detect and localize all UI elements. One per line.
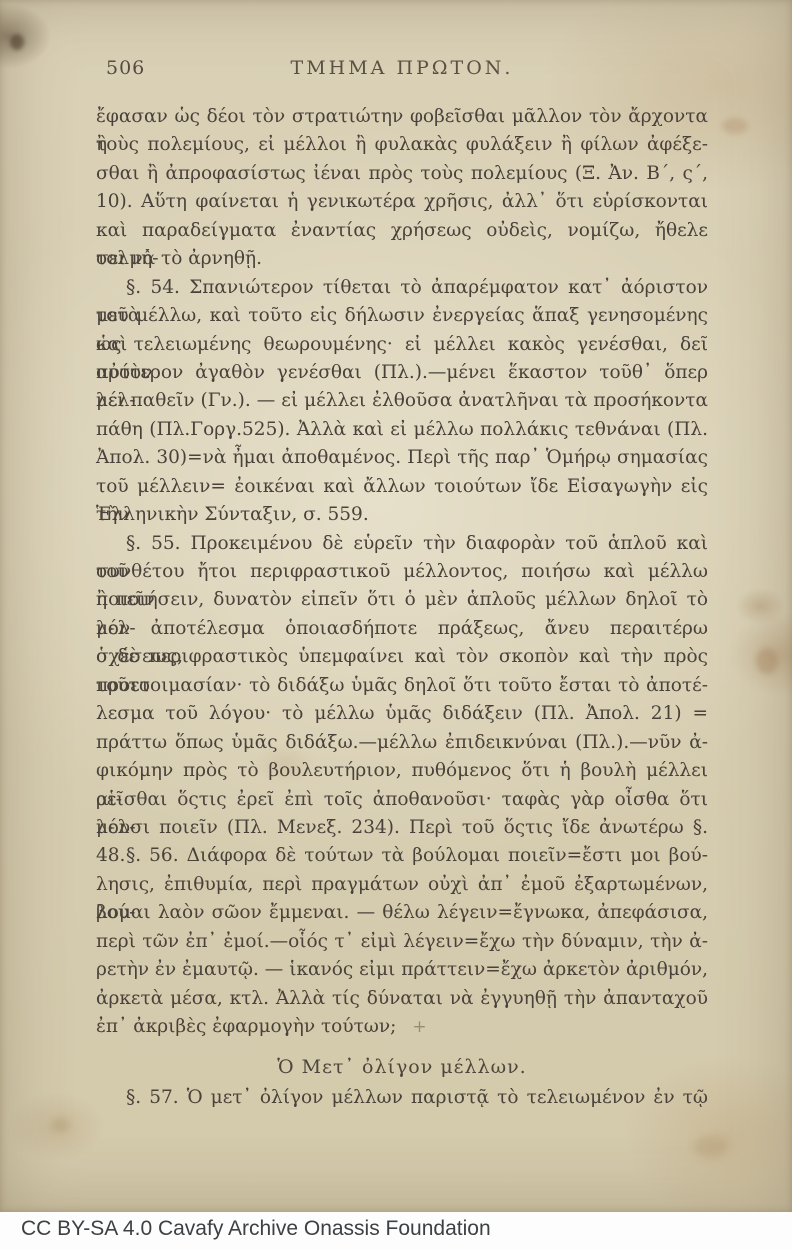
text-line: ἔφασαν ὡς δέοι τὸν στρατιώτην φοβεῖσθαι … <box>96 103 708 131</box>
text-line: λει παθεῖν (Γν.). — εἰ μέλλει ἐλθοῦσα ἀν… <box>96 387 708 415</box>
scan-stain <box>722 118 748 134</box>
text-line: §. 56. Διάφορα δὲ τούτων τὰ βούλομαι ποι… <box>96 842 708 870</box>
text-line: ἢ ποιήσειν, δυνατὸν εἰπεῖν ὅτι ὁ μὲν ἁπλ… <box>96 586 708 614</box>
running-header: ΤΜΗΜΑ ΠΡΩΤΟΝ. <box>95 57 709 79</box>
section-heading: Ὁ Μετ᾽ ὀλίγον μέλλων. <box>96 1053 708 1081</box>
text-line: ὡς τελειωμένης θεωρουμένης· εἰ μέλλει κα… <box>96 331 708 359</box>
text-line: πρότερον ἀγαθὸν γενέσθαι (Πλ.).—μένει ἕκ… <box>96 359 708 387</box>
license-bar: CC BY-SA 4.0 Cavafy Archive Onassis Foun… <box>0 1212 792 1249</box>
paragraph: ἔφασαν ὡς δέοι τὸν στρατιώτην φοβεῖσθαι … <box>96 103 708 274</box>
text-line: λησις, ἐπιθυμία, περὶ πραγμάτων οὐχὶ ἀπ᾽… <box>96 871 708 899</box>
text-line: τοῦ μέλλω, καὶ τοῦτο εἰς δήλωσιν ἐνεργεί… <box>96 302 708 330</box>
text-line: ἀρκετὰ μέσα, κτλ. Ἀλλὰ τίς δύναται νὰ ἐγ… <box>96 985 708 1013</box>
text-line: λομαι λαὸν σῶον ἔμμεναι. — θέλω λέγειν=ἔ… <box>96 899 708 927</box>
text-line: τοὺς πολεμίους, εἰ μέλλοι ἢ φυλακὰς φυλά… <box>96 131 708 159</box>
text-line: §. 57. Ὁ μετ᾽ ὀλίγον μέλλων παριστᾷ τὸ τ… <box>96 1084 708 1112</box>
scanned-book-page: 506 ΤΜΗΜΑ ΠΡΩΤΟΝ. ἔφασαν ὡς δέοι τὸν στρ… <box>0 0 792 1249</box>
text-line: καὶ παραδείγματα ἐναντίας χρήσεως οὐδεὶς… <box>96 217 708 245</box>
text-line: προετοιμασίαν· τὸ διδάξω ὑμᾶς δηλοῖ ὅτι … <box>96 672 708 700</box>
paragraph: §. 54. Σπανιώτερον τίθεται τὸ ἀπαρέμφατο… <box>96 274 708 530</box>
text-column: ἔφασαν ὡς δέοι τὸν στρατιώτην φοβεῖσθαι … <box>96 103 708 1112</box>
text-line: ἐπ᾽ ἀκριβὲς ἐφαρμογὴν τούτων;+ <box>96 1013 708 1041</box>
text-line: πάθη (Πλ.Γοργ.525). Ἀλλὰ καὶ εἰ μέλλω πο… <box>96 416 708 444</box>
text-line: Ἑλληνικὴν Σύνταξιν, σ. 559. <box>96 501 708 529</box>
text-line: §. 54. Σπανιώτερον τίθεται τὸ ἀπαρέμφατο… <box>96 274 708 302</box>
text-line: λουσι ποιεῖν (Πλ. Μενεξ. 234). Περὶ τοῦ … <box>96 814 708 842</box>
text-line: ὁ δὲ περιφραστικὸς ὑπεμφαίνει καὶ τὸν σκ… <box>96 643 708 671</box>
text-line: λεσμα τοῦ λόγου· τὸ μέλλω ὑμᾶς διδάξειν … <box>96 700 708 728</box>
text-line: πράττω ὅπως ὑμᾶς διδάξω.—μέλλω ἐπιδεικνύ… <box>96 729 708 757</box>
text-line: λον ἀποτέλεσμα ὁποιασδήποτε πράξεως, ἄνε… <box>96 615 708 643</box>
page-header: 506 ΤΜΗΜΑ ΠΡΩΤΟΝ. <box>95 55 709 83</box>
text-line: ρεῖσθαι ὅςτις ἐρεῖ ἐπὶ τοῖς ἀποθανοῦσι· … <box>96 786 708 814</box>
text-line: §. 55. Προκειμένου δὲ εὑρεῖν τὴν διαφορὰ… <box>96 530 708 558</box>
paragraph: §. 56. Διάφορα δὲ τούτων τὰ βούλομαι ποι… <box>96 842 708 1041</box>
license-caption: CC BY-SA 4.0 Cavafy Archive Onassis Foun… <box>21 1217 491 1241</box>
pencil-mark: + <box>412 1017 426 1037</box>
text-line: συνθέτου ἤτοι περιφραστικοῦ μέλλοντος, π… <box>96 558 708 586</box>
paragraph: §. 57. Ὁ μετ᾽ ὀλίγον μέλλων παριστᾷ τὸ τ… <box>96 1084 708 1112</box>
scan-stain <box>10 34 24 50</box>
text-line: σει νὰ τὸ ἀρνηθῇ. <box>96 245 708 273</box>
text-line: Ἀπολ. 30)=νὰ ἦμαι ἀποθαμένος. Περὶ τῆς π… <box>96 444 708 472</box>
scan-stain <box>52 1118 70 1132</box>
text-line: σθαι ἢ ἀπροφασίστως ἰέναι πρὸς τοὺς πολε… <box>96 160 708 188</box>
scan-stain <box>756 648 778 674</box>
scan-stain <box>694 1136 728 1158</box>
text-line: περὶ τῶν ἐπ᾽ ἐμοί.—οἷός τ᾽ εἰμὶ λέγειν=ἔ… <box>96 928 708 956</box>
text-line: 10). Αὕτη φαίνεται ἡ γενικωτέρα χρῆσις, … <box>96 188 708 216</box>
text-line: ρετὴν ἐν ἐμαυτῷ. — ἱκανός εἰμι πράττειν=… <box>96 956 708 984</box>
paragraph: §. 55. Προκειμένου δὲ εὑρεῖν τὴν διαφορὰ… <box>96 530 708 843</box>
paper-page: 506 ΤΜΗΜΑ ΠΡΩΤΟΝ. ἔφασαν ὡς δέοι τὸν στρ… <box>0 0 792 1212</box>
text-line: τοῦ μέλλειν= ἐοικέναι καὶ ἄλλων τοιούτων… <box>96 473 708 501</box>
text-line: φικόμην πρὸς τὸ βουλευτήριον, πυθόμενος … <box>96 757 708 785</box>
